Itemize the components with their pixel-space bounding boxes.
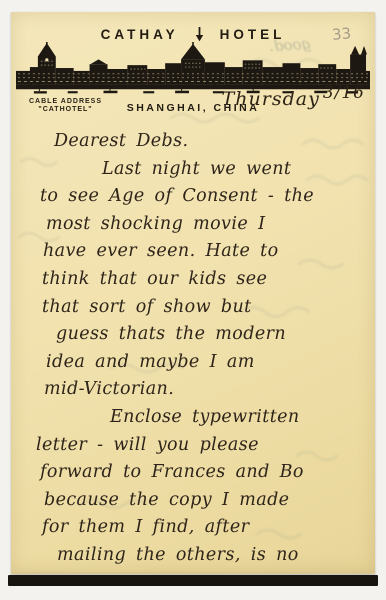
hand-line: mailing the others, is no (57, 542, 363, 570)
hotel-title: CATHAY HOTEL (11, 26, 375, 42)
down-arrow-icon (195, 27, 204, 42)
hand-line: guess thats the modern (56, 321, 363, 349)
hand-line: letter - will you please (36, 432, 363, 460)
date-number: 3/16 (323, 83, 365, 103)
letter-body: Dearest Debs. Last night we went to see … (36, 128, 363, 570)
scan-edge-strip (8, 575, 378, 586)
handwritten-date: Thursday3/16 (222, 88, 365, 110)
hotel-name-right: HOTEL (220, 27, 286, 42)
hand-line: to see Age of Consent - the (40, 183, 363, 211)
hand-line: Last night we went (102, 156, 363, 184)
hand-line: mid-Victorian. (44, 376, 363, 404)
scanned-letter: good. 33 CATHAY HOTEL (0, 0, 386, 600)
hotel-name-left: CATHAY (101, 27, 179, 42)
hand-line: idea and maybe I am (46, 349, 363, 377)
hand-line: because the copy I made (44, 487, 363, 515)
hand-line: think that our kids see (42, 266, 363, 294)
hand-line: forward to Frances and Bo (40, 459, 363, 487)
hand-line: for them I find, after (42, 514, 363, 542)
hand-line: most shocking movie I (46, 211, 363, 239)
letter-paper: good. 33 CATHAY HOTEL (11, 12, 375, 574)
hand-line: that sort of show but (42, 294, 363, 322)
hand-line: Enclose typewritten (110, 404, 363, 432)
date-day: Thursday (222, 88, 320, 110)
hand-line: Dearest Debs. (54, 128, 363, 156)
hand-line: have ever seen. Hate to (43, 238, 363, 266)
